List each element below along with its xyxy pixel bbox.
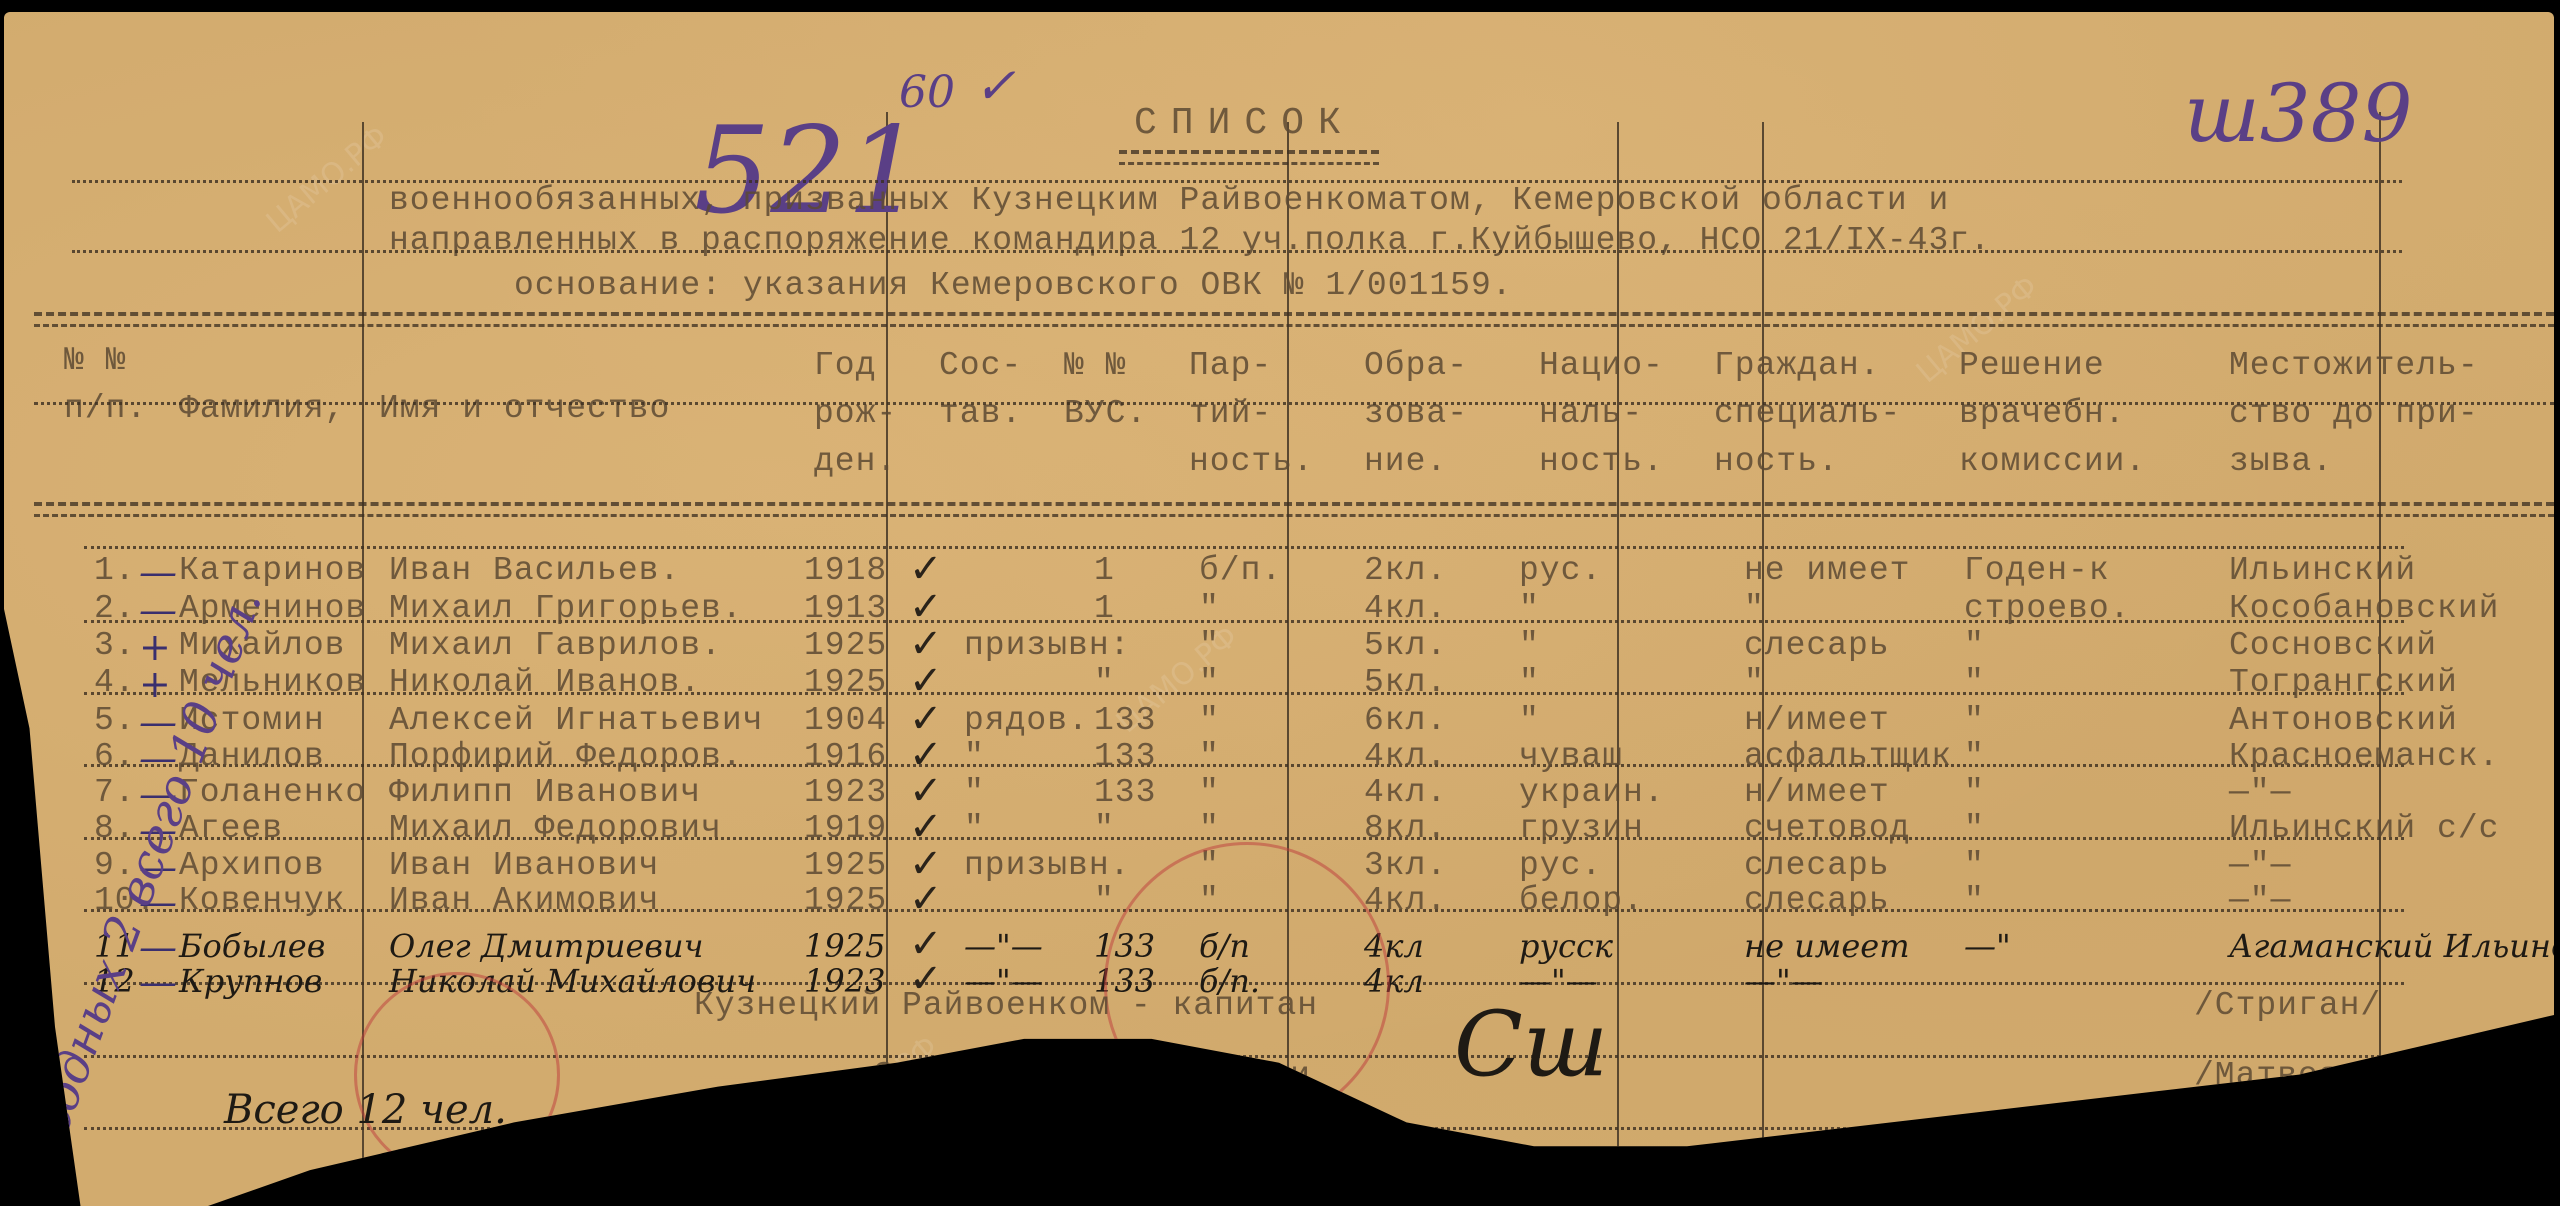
row-mark-icon: — — [139, 960, 177, 1004]
archive-number-right: ш389 — [2184, 67, 2412, 160]
cell-name: Николай Иванов. — [389, 664, 701, 701]
cell-year: 1925 — [804, 847, 887, 884]
cell-vus: " — [1094, 810, 1115, 847]
header-specialty: Граждан.специаль-ность. — [1714, 342, 1901, 486]
cell-nat: украин. — [1519, 774, 1665, 811]
header-vus: № №ВУС. — [1064, 342, 1147, 438]
cell-surname: Бобылев — [179, 927, 325, 965]
cell-year: 1925 — [804, 627, 887, 664]
cell-spec: асфальтщик — [1744, 738, 1952, 775]
cell-year: 1919 — [804, 810, 887, 847]
cell-n: 2. — [94, 590, 136, 627]
intro-line-3: основание: указания Кемеровского ОВК № 1… — [514, 267, 1513, 304]
cell-n: 6. — [94, 738, 136, 775]
cell-spec: н/имеет — [1744, 774, 1890, 811]
rule — [34, 402, 2554, 405]
cell-edu: 2кл. — [1364, 552, 1447, 589]
cell-name: Михаил Григорьев. — [389, 590, 743, 627]
cell-edu: 5кл. — [1364, 627, 1447, 664]
cell-nat: рус. — [1519, 552, 1602, 589]
cell-party: " — [1199, 590, 1220, 627]
cell-spec: слесарь — [1744, 627, 1890, 664]
cell-nat: рус. — [1519, 847, 1602, 884]
cell-med: " — [1964, 664, 1985, 701]
cell-edu: 3кл. — [1364, 847, 1447, 884]
archive-mark: ✓ — [974, 57, 1016, 115]
cell-nat: чуваш — [1519, 738, 1623, 775]
intro-line-2: направленных в распоряжение командира 12… — [389, 222, 1991, 259]
cell-place: Красноеманск. — [2229, 738, 2499, 775]
cell-vus: 133 — [1094, 738, 1156, 775]
cell-party: " — [1199, 810, 1220, 847]
cell-sostav: " — [964, 738, 985, 775]
header-number: № № — [64, 342, 126, 379]
cell-med: " — [1964, 738, 1985, 775]
document-sheet: ЦАМО.РФ ЦАМО.РФ ЦАМО.РФ ЦАМО.РФ 521 60 ✓… — [4, 12, 2554, 1206]
cell-med: строево. — [1964, 590, 2130, 627]
cell-sostav: —"— — [964, 927, 1043, 965]
checkmark-icon: ✓ — [909, 876, 943, 922]
cell-sostav: " — [964, 774, 985, 811]
header-bottom-rule — [34, 502, 2554, 517]
cell-nat: " — [1519, 664, 1540, 701]
cell-name: Михаил Гаврилов. — [389, 627, 722, 664]
cell-surname: Архипов — [179, 847, 325, 884]
cell-spec: не имеет — [1744, 927, 1910, 965]
cell-party: " — [1199, 664, 1220, 701]
cell-spec: не имеет — [1744, 552, 1910, 589]
cell-nat: " — [1519, 702, 1540, 739]
cell-spec: " — [1744, 590, 1765, 627]
cell-edu: 4кл. — [1364, 774, 1447, 811]
cell-name: Иван Акимович — [389, 882, 659, 919]
cell-med: " — [1964, 702, 1985, 739]
cell-party: " — [1199, 774, 1220, 811]
cell-year: 1923 — [804, 774, 887, 811]
cell-n: 3. — [94, 627, 136, 664]
cell-n: 5. — [94, 702, 136, 739]
watermark: ЦАМО.РФ — [810, 1029, 945, 1150]
document-title: СПИСОК — [1134, 102, 1355, 145]
cell-year: 1918 — [804, 552, 887, 589]
cell-vus: " — [1094, 664, 1115, 701]
header-party: Пар-тий-ность. — [1189, 342, 1314, 486]
cell-edu: 4кл. — [1364, 738, 1447, 775]
cell-spec: —"— — [1744, 962, 1823, 1000]
cell-nat: " — [1519, 590, 1540, 627]
header-medical: Решениеврачебн.комиссии. — [1959, 342, 2146, 486]
cell-surname: Ковенчук — [179, 882, 345, 919]
cell-edu: 5кл. — [1364, 664, 1447, 701]
cell-place: Ильинский с/с — [2229, 810, 2499, 847]
cell-place: Агаманский Ильинский с/с — [2229, 927, 2560, 965]
rule — [72, 250, 2402, 253]
footer-commissar-name: /Стриган/ — [2194, 987, 2381, 1024]
column-rule — [1617, 122, 1619, 1172]
header-top-rule — [34, 312, 2554, 327]
cell-med: " — [1964, 810, 1985, 847]
cell-name: Алексей Игнатьевич — [389, 702, 763, 739]
cell-year: 1904 — [804, 702, 887, 739]
cell-n: 1. — [94, 552, 136, 589]
cell-spec: слесарь — [1744, 847, 1890, 884]
cell-med: " — [1964, 882, 1985, 919]
margin-note-initials: РВкоп СМ — [394, 1142, 598, 1186]
cell-nat: грузин — [1519, 810, 1644, 847]
cell-surname: Катаринов — [179, 552, 366, 589]
cell-n: 4. — [94, 664, 136, 701]
cell-name: Олег Дмитриевич — [389, 927, 704, 965]
header-nationality: Нацио-наль-ность. — [1539, 342, 1664, 486]
cell-vus: " — [1094, 882, 1115, 919]
cell-edu: 4кл. — [1364, 882, 1447, 919]
cell-party: " — [1199, 702, 1220, 739]
footer-chief-label: За Начальника I части — [874, 1057, 1311, 1094]
cell-med: —" — [1964, 927, 2011, 965]
header-number-2: п/п. — [64, 390, 147, 427]
cell-year: 1916 — [804, 738, 887, 775]
cell-year: 1925 — [804, 927, 885, 965]
header-surname: Фамилия, — [179, 390, 345, 427]
cell-spec: счетовод — [1744, 810, 1910, 847]
rule — [84, 546, 2404, 549]
cell-place: Ильинский — [2229, 552, 2416, 589]
signature: Сш — [1454, 992, 1608, 1097]
cell-party: " — [1199, 738, 1220, 775]
cell-vus: 133 — [1094, 774, 1156, 811]
cell-nat: русск — [1519, 927, 1613, 965]
cell-vus: 133 — [1094, 702, 1156, 739]
cell-year: 1925 — [804, 664, 887, 701]
cell-nat: " — [1519, 627, 1540, 664]
cell-surname: Крупнов — [179, 962, 322, 1000]
cell-name: Михаил Федорович — [389, 810, 722, 847]
cell-sostav: призывн. — [964, 847, 1130, 884]
cell-med: " — [1964, 627, 1985, 664]
official-stamp — [354, 972, 560, 1178]
header-education: Обра-зова-ние. — [1364, 342, 1468, 486]
cell-spec: " — [1744, 664, 1765, 701]
cell-sostav: рядов. — [964, 702, 1089, 739]
cell-place: Тогрангский — [2229, 664, 2458, 701]
cell-year: 1913 — [804, 590, 887, 627]
cell-place: Кособановский — [2229, 590, 2499, 627]
cell-vus: 1 — [1094, 552, 1115, 589]
footer-commissar-label: Кузнецкий Райвоенком - капитан — [694, 987, 1318, 1024]
cell-med: " — [1964, 847, 1985, 884]
cell-place: —"— — [2229, 847, 2291, 884]
cell-spec: н/имеет — [1744, 702, 1890, 739]
intro-line-1: военнообязанных, призванных Кузнецким Ра… — [389, 182, 1949, 219]
archive-number-superscript: 60 — [899, 67, 955, 118]
column-rule — [362, 122, 364, 1172]
cell-spec: слесарь — [1744, 882, 1890, 919]
cell-sostav: " — [964, 810, 985, 847]
header-sostav: Сос-тав. — [939, 342, 1022, 438]
cell-name: Филипп Иванович — [389, 774, 701, 811]
header-residence: Местожитель-ство до при-зыва. — [2229, 342, 2479, 486]
cell-year: 1925 — [804, 882, 887, 919]
cell-nat: белор. — [1519, 882, 1644, 919]
cell-place: —"— — [2229, 882, 2291, 919]
cell-edu: 4кл. — [1364, 590, 1447, 627]
cell-place: Сосновский — [2229, 627, 2437, 664]
archive-number-left: 521 — [694, 102, 923, 241]
cell-name: Порфирий Федоров. — [389, 738, 743, 775]
cell-name: Иван Иванович — [389, 847, 659, 884]
cell-party: б/п. — [1199, 552, 1282, 589]
cell-sostav: призывн: — [964, 627, 1130, 664]
cell-med: " — [1964, 774, 1985, 811]
cell-place: —"— — [2229, 774, 2291, 811]
margin-note-total: Всего 12 чел. — [224, 1087, 507, 1133]
cell-med: Годен-к — [1964, 552, 2110, 589]
title-underline — [1119, 150, 1379, 165]
header-year: Годрож-ден. — [814, 342, 897, 486]
cell-vus: 1 — [1094, 590, 1115, 627]
cell-name: Иван Васильев. — [389, 552, 680, 589]
cell-party: " — [1199, 627, 1220, 664]
cell-edu: 6кл. — [1364, 702, 1447, 739]
cell-place: Антоновский — [2229, 702, 2458, 739]
cell-edu: 8кл. — [1364, 810, 1447, 847]
header-name: Имя и отчество — [379, 390, 670, 427]
official-stamp — [1104, 842, 1390, 1128]
cell-n: 7. — [94, 774, 136, 811]
footer-chief-name: /Матвеянов/ — [2194, 1057, 2423, 1094]
